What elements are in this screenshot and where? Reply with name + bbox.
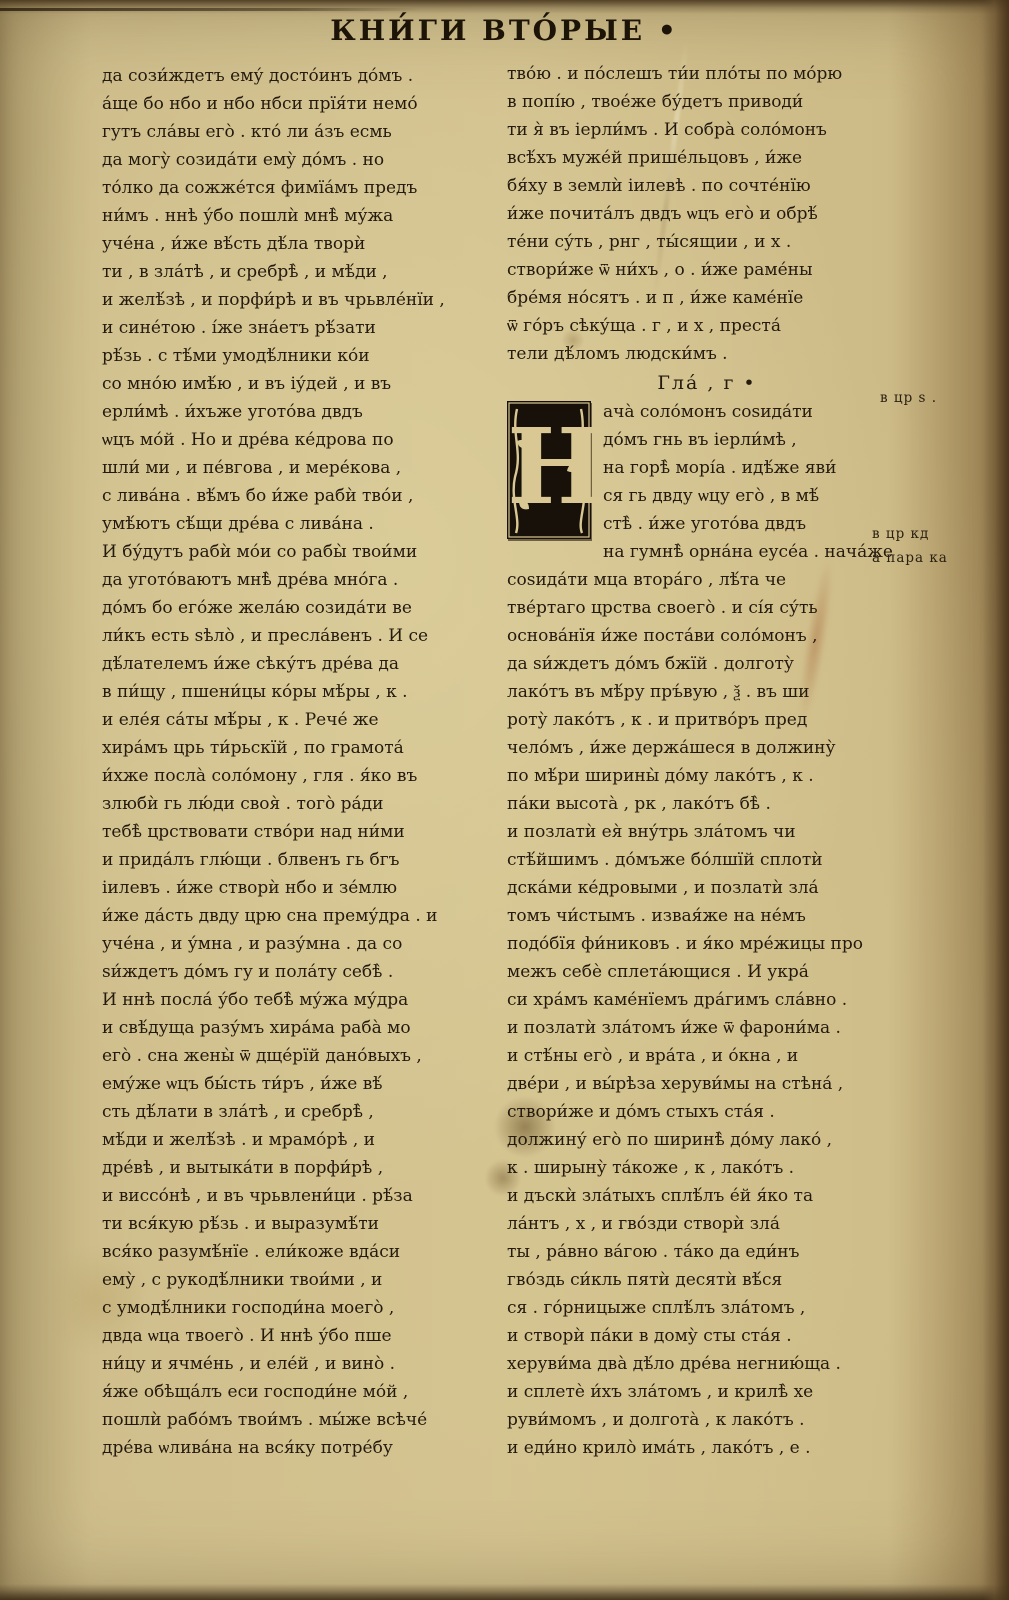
text-line: ерли́мѣ . и́хъже угото́ва двдъ <box>102 398 500 426</box>
text-line: в цр кд <box>872 522 948 546</box>
text-line: злюбѝ гь лю́ди своя̀ . того̀ ра́ди <box>102 790 500 818</box>
text-line: ли́къ есть ѕѣло̀ , и пресла́венъ . И се <box>102 622 500 650</box>
chapter-heading: Гла́ , г • <box>507 368 907 398</box>
text-line: ся . го́рницыже сплѣ́лъ зла́томъ , <box>507 1294 907 1322</box>
text-line: и позлатѝ ея̀ вну́трь зла́томъ чи <box>507 818 907 846</box>
text-line: ти я̀ въ іерли́мъ . И собра̀ соло́монъ <box>507 116 907 144</box>
text-line: уче́на , и у́мна , и разу́мна . да со <box>102 930 500 958</box>
text-line: руви́момъ , и долгота̀ , к лако́тъ . <box>507 1406 907 1434</box>
text-line: и позлатѝ зла́томъ и́же ѿ фарони́ма . <box>507 1014 907 1042</box>
margin-reference-note: в цр кда пара ка <box>872 522 948 570</box>
text-line: и желѣ́зѣ , и порфи́рѣ и въ чрьвле́нїи , <box>102 286 500 314</box>
text-line: вся́ко разумѣ́нїе . ели́коже вда́си <box>102 1238 500 1266</box>
text-line: да могу̀ созида́ти ему̀ до́мъ . но <box>102 146 500 174</box>
text-line: лако́тъ въ мѣ́ру пръ́вую , ѯ . въ ши <box>507 678 907 706</box>
text-line: и еле́я са́ты мѣ́ры , к . Рече́ же <box>102 706 500 734</box>
text-line: ни́мъ . ннѣ у́бо пошлѝ мнѣ̀ му́жа <box>102 202 500 230</box>
text-line: створи́же и до́мъ стыхъ ста́я . <box>507 1098 907 1126</box>
page-edge-bottom <box>0 1584 1009 1600</box>
page-crease-top <box>0 8 420 11</box>
text-line: а́ще бо нбо и нбо нбси прїя́ти немо́ <box>102 90 500 118</box>
text-line: межъ себѐ сплета́ющися . И укра́ <box>507 958 907 986</box>
text-line: и еди́но крило̀ има́ть , лако́тъ , е . <box>507 1434 907 1462</box>
text-line: по мѣ́ри ширины̀ до́му лако́тъ , к . <box>507 762 907 790</box>
text-line: в пи́щу , пшени́цы ко́ры мѣ́ры , к . <box>102 678 500 706</box>
text-line: тве́ртаго црства своего̀ . и сі́я су́ть <box>507 594 907 622</box>
text-line: шли́ ми , и пе́вгова , и мере́кова , <box>102 454 500 482</box>
text-line: пошлѝ рабо́мъ твои́мъ . мы́же всѣче́ <box>102 1406 500 1434</box>
right-text-column: тво́ю . и по́слешъ ти́и пло́ты по мо́рюв… <box>507 60 907 1462</box>
text-line: тебѣ̀ црствовати ство́ри над ни́ми <box>102 818 500 846</box>
running-title: КНИ́ГИ ВТО́РЫЕ • <box>0 14 1009 47</box>
text-line: и стѣ́ны его̀ , и вра́та , и о́кна , и <box>507 1042 907 1070</box>
chapter-opening: Н ача̀ соло́монъ соѕида́тидо́мъ гнь въ і… <box>507 398 907 1462</box>
text-line: ему̀ , с рукодѣ́лники твои́ми , и <box>102 1266 500 1294</box>
text-line: к . ширыну̀ та́коже , к , лако́тъ . <box>507 1154 907 1182</box>
text-line: а пара ка <box>872 546 948 570</box>
text-line: роту̀ лако́тъ , к . и притво́ръ пред <box>507 706 907 734</box>
text-line: хира́мъ црь ти́рьскїй , по грамота́ <box>102 734 500 762</box>
text-line: си хра́мъ каме́нїемъ дра́гимъ сла́вно . <box>507 986 907 1014</box>
text-line: и сплетѐ и́хъ зла́томъ , и крилѣ̀ хе <box>507 1378 907 1406</box>
text-line: стѣ́йшимъ . до́мъже бо́лшїй сплотѝ <box>507 846 907 874</box>
text-line: па́ки высота̀ , рк , лако́тъ бѣ̀ . <box>507 790 907 818</box>
text-line: и створѝ па́ки в дому̀ сты ста́я . <box>507 1322 907 1350</box>
scanned-book-page: { "document": { "header": { "title": "КН… <box>0 0 1009 1600</box>
text-line: гутъ сла́вы его̀ . кто́ ли а́зъ есмь <box>102 118 500 146</box>
margin-reference-note: в цр ѕ . <box>880 386 937 410</box>
text-line: в цр ѕ . <box>880 386 937 410</box>
text-line: основа́нїя и́же поста́ви соло́монъ , <box>507 622 907 650</box>
text-line: ла́нтъ , х , и гво́зди створѝ зла́ <box>507 1210 907 1238</box>
text-line: ѡцъ мо́й . Но и дре́ва ке́дрова по <box>102 426 500 454</box>
text-line: и́же да́сть двду црю сна прему́дра . и <box>102 902 500 930</box>
text-line: да ѕи́ждетъ до́мъ бжїй . долготу̀ <box>507 650 907 678</box>
text-line: томъ чи́стымъ . извая́же на не́мъ <box>507 902 907 930</box>
text-line: его̀ . сна жены̀ ѿ дще́рїй дано́выхъ , <box>102 1042 500 1070</box>
text-line: дре́ва ѡлива́на на вся́ку потре́бу <box>102 1434 500 1462</box>
text-line: сть дѣ́лати в зла́тѣ , и сребрѣ̀ , <box>102 1098 500 1126</box>
ornamental-initial: Н <box>507 401 591 539</box>
text-line: тели дѣ́ломъ людски́мъ . <box>507 340 907 368</box>
text-line: чело́мъ , и́же держа́шеся в должину̀ <box>507 734 907 762</box>
text-line: створи́же ѿ ни́хъ , о . и́же раме́ны <box>507 256 907 284</box>
text-line: и виссо́нѣ , и въ чрьвлени́ци . рѣ́за <box>102 1182 500 1210</box>
left-column-lines: да сози́ждетъ ему́ досто́инъ до́мъ .а́ще… <box>102 62 500 1462</box>
text-line: всѣ́хъ муже́й прише́льцовъ , и́же <box>507 144 907 172</box>
text-line: в попі́ю , твое́же бу́детъ приводи́ <box>507 88 907 116</box>
text-line: до́мъ бо его́же жела́ю созида́ти ве <box>102 594 500 622</box>
text-line: и́хже посла̀ соло́мону , гля . я́ко въ <box>102 762 500 790</box>
text-line: и свѣ́дуща разу́мъ хира́ма раба̀ мо <box>102 1014 500 1042</box>
text-line: дре́вѣ , и вытыка́ти в порфи́рѣ , <box>102 1154 500 1182</box>
text-line: те́ни су́ть , рнг , ты́сящии , и х . <box>507 228 907 256</box>
text-line: тво́ю . и по́слешъ ти́и пло́ты по мо́рю <box>507 60 907 88</box>
text-line: да сози́ждетъ ему́ досто́инъ до́мъ . <box>102 62 500 90</box>
text-line: ѿ го́ръ сѣку́ща . г , и х , преста́ <box>507 312 907 340</box>
text-line: мѣ́ди и желѣ́зѣ . и мрамо́рѣ , и <box>102 1126 500 1154</box>
text-line: и́же почита́лъ двдъ ѡцъ его̀ и обрѣ́ <box>507 200 907 228</box>
text-line: дска́ми ке́дровыми , и позлатѝ зла́ <box>507 874 907 902</box>
text-line: с умодѣ́лники господи́на моего̀ , <box>102 1294 500 1322</box>
text-line: ти вся́кую рѣ́зь . и выразумѣ́ти <box>102 1210 500 1238</box>
text-line: да угото́ваютъ мнѣ̀ дре́ва мно́га . <box>102 566 500 594</box>
text-line: со мно́ю имѣ́ю , и въ іу́дей , и въ <box>102 370 500 398</box>
text-line: гво́здь си́кль пятѝ десятѝ вѣ́ся <box>507 1266 907 1294</box>
text-line: соѕида́ти мца втора́го , лѣ́та че <box>507 566 907 594</box>
text-line: и прида́лъ глю́щи . блвенъ гь бгъ <box>102 846 500 874</box>
text-line: уче́на , и́же вѣ́сть дѣ́ла творѝ <box>102 230 500 258</box>
text-line: с лива́на . вѣ́мъ бо и́же рабѝ тво́и , <box>102 482 500 510</box>
text-line: И ннѣ посла́ у́бо тебѣ̀ му́жа му́дра <box>102 986 500 1014</box>
text-line: бре́мя но́сятъ . и п , и́же каме́нїе <box>507 284 907 312</box>
page-edge-top <box>0 0 1009 14</box>
text-line: две́ри , и вы́рѣза херуви́мы на стѣна́ , <box>507 1070 907 1098</box>
text-line: бя́ху в землѝ іилевѣ . по сочте́нїю <box>507 172 907 200</box>
right-column-lines-top: тво́ю . и по́слешъ ти́и пло́ты по мо́рюв… <box>507 60 907 368</box>
text-line: ему́же ѡцъ бы́сть ти́ръ , и́же вѣ́ <box>102 1070 500 1098</box>
text-line: рѣ́зь . с тѣ́ми умодѣ́лники ко́и <box>102 342 500 370</box>
text-line: и дъскѝ зла́тыхъ сплѣ́лъ е́й я́ко та <box>507 1182 907 1210</box>
text-line: ти , в зла́тѣ , и сребрѣ̀ , и мѣ́ди , <box>102 258 500 286</box>
text-line: умѣ́ютъ сѣ́щи дре́ва с лива́на . <box>102 510 500 538</box>
text-line: на гумнѣ̀ орна́на еусе́а . нача́же <box>507 538 907 566</box>
text-line: должину́ его̀ по ширинѣ̀ до́му лако́ , <box>507 1126 907 1154</box>
text-line: я́же обѣща́лъ еси господи́не мо́й , <box>102 1378 500 1406</box>
page-edge-right <box>983 0 1009 1600</box>
text-line: и сине́тою . і́же зна́етъ рѣ́зати <box>102 314 500 342</box>
text-line: ты , ра́вно ва́гою . та́ко да еди́нъ <box>507 1238 907 1266</box>
text-line: то́лко да сожже́тся фимїа́мъ предъ <box>102 174 500 202</box>
text-line: іилевъ . и́же створѝ нбо и зе́млю <box>102 874 500 902</box>
text-line: ѕи́ждетъ до́мъ гу и пола́ту себѣ̀ . <box>102 958 500 986</box>
text-line: И бу́дутъ рабѝ мо́и со рабы̀ твои́ми <box>102 538 500 566</box>
text-line: двда ѡца твоего̀ . И ннѣ у́бо пше <box>102 1322 500 1350</box>
text-line: подо́бїя фи́никовъ . и я́ко мре́жицы про <box>507 930 907 958</box>
text-line: херуви́ма два̀ дѣ́ло дре́ва негнию́ща . <box>507 1350 907 1378</box>
text-line: ни́цу и ячме́нь , и еле́й , и вино̀ . <box>102 1350 500 1378</box>
text-line: дѣ́лателемъ и́же сѣку́тъ дре́ва да <box>102 650 500 678</box>
left-text-column: да сози́ждетъ ему́ досто́инъ до́мъ .а́ще… <box>102 62 500 1462</box>
right-column-lines-bottom: на гумнѣ̀ орна́на еусе́а . нача́жесоѕида… <box>507 538 907 1462</box>
drop-cap-letter: Н <box>507 401 591 539</box>
